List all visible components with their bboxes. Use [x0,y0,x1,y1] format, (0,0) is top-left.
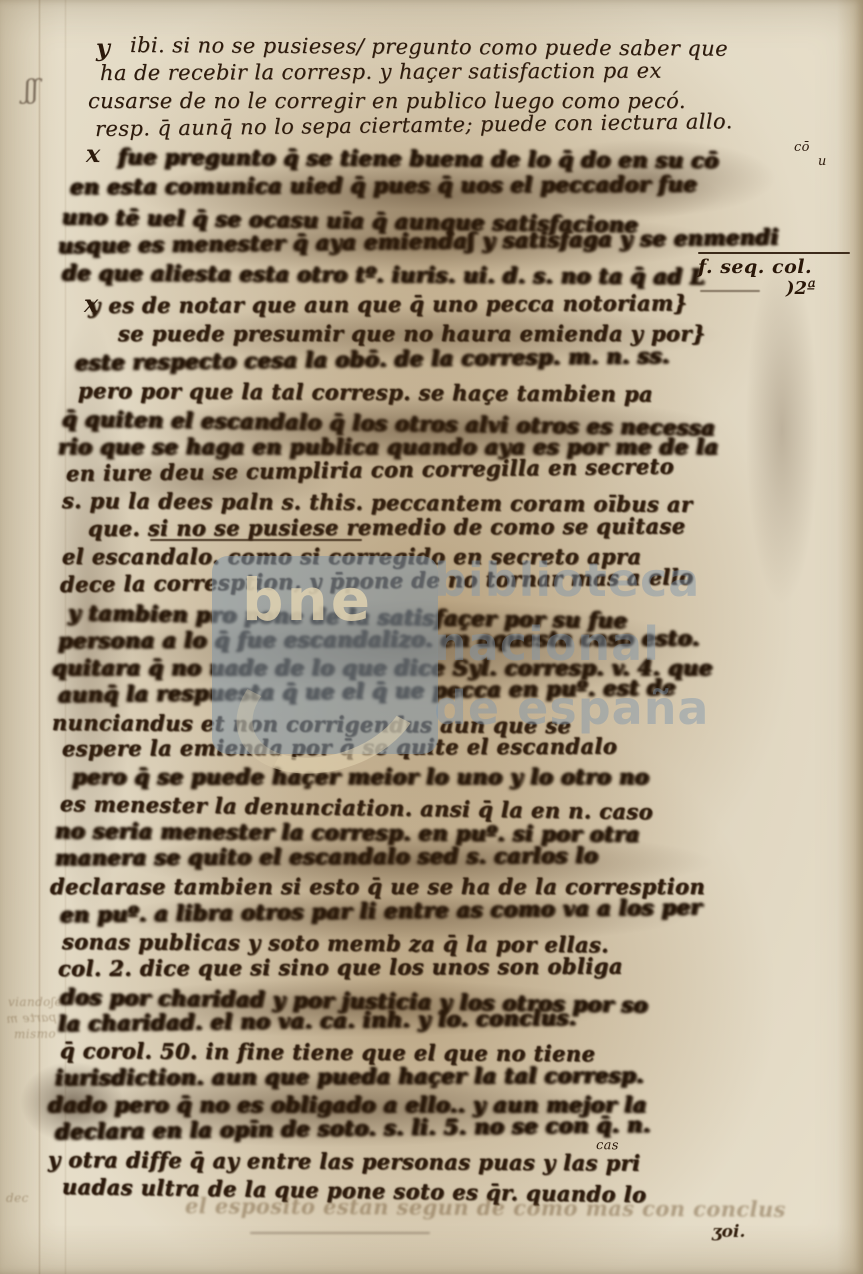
manuscript-line: col. 2. dice que si sino que los unos so… [58,955,623,981]
manuscript-line: en esta comunica uied q̄ pues q̄ uos el … [70,172,697,199]
manuscript-line: pero q̄ se puede haçer meior lo uno y lo… [72,765,649,789]
interline-note: cas [596,1134,619,1158]
manuscript-line: de que aliesta esta otro tº. iuris. ui. … [62,261,705,289]
manuscript-line: fue pregunto q̄ se tiene buena de lo q̄ … [118,145,719,173]
bleedthrough-note: mismo [14,1022,56,1047]
manuscript-line: ibi. si no se pusieses/ pregunto como pu… [130,33,728,61]
manuscript-line: cusarse de no le corregir en publico lue… [88,89,686,113]
manuscript-line: declara en la opīn de soto. s. li. 5. no… [55,1113,651,1144]
manuscript-line: y otra diffe q̄ ay entre las personas pu… [48,1148,641,1176]
folio-citation-text: f. seq. col. [698,256,850,278]
interline-note: cō [794,136,810,160]
manuscript-line: en puº. a libra otros par li entre as co… [60,895,702,927]
manuscript-line: espere la emienda por q̄ se quite el esc… [62,735,617,761]
margin-flourish: ʃʃ [24,78,39,102]
manuscript-page: ibi. si no se pusieses/ pregunto como pu… [0,0,863,1274]
manuscript-line: persona a lo q̄ fue escandalizo. en aque… [58,626,700,653]
manuscript-line: ha de recebir la corresp. y haçer satisf… [100,59,662,85]
manuscript-line: la charidad. el no va. ca. inh. y lo. co… [58,1006,577,1036]
folio-citation-sub: )2ª [786,278,850,299]
bottom-ink-mark: ʒoi. [712,1222,745,1242]
manuscript-line: que. si no se pusiese remedio de como se… [88,514,686,541]
bleedthrough-line: el esposito estan segun de como mas con … [185,1194,786,1222]
manuscript-line: dece la corresption, y p̄pone de no torn… [60,565,694,597]
interline-note: u [818,150,827,174]
manuscript-line: iurisdiction. aun que pueda haçer la tal… [55,1063,644,1090]
manuscript-line: s. pu la dees paln s. this. peccantem co… [62,489,693,517]
manuscript-line: manera se quito el escandalo sed s. carl… [55,844,598,870]
manuscript-line: resp. q̄ aunq̄ no lo sepa ciertamte; pue… [95,109,733,141]
margin-rule [698,252,850,254]
manuscript-line: pero por que la tal corresp. se haçe tam… [78,379,653,407]
paragraph-mark: x [84,292,99,316]
manuscript-line: aunq̄ la respuesta q̄ ue el q̄ ue pecca … [58,675,676,707]
manuscript-line: este respecto cesa la obō. de la corresp… [75,344,670,375]
underline-stroke [150,539,362,541]
manuscript-line: y es de notar que aun que q̄ uno pecca n… [88,291,688,318]
bleedthrough-note: dec [6,1186,29,1210]
manuscript-line: en iure deu se cumpliria con corregilla … [66,455,674,486]
paper-crease [38,0,41,1274]
paragraph-mark: x [86,142,101,166]
paragraph-mark: y [96,36,110,60]
bleedthrough-stroke [250,1232,430,1234]
folio-citation-note: f. seq. col. )2ª [698,252,850,299]
